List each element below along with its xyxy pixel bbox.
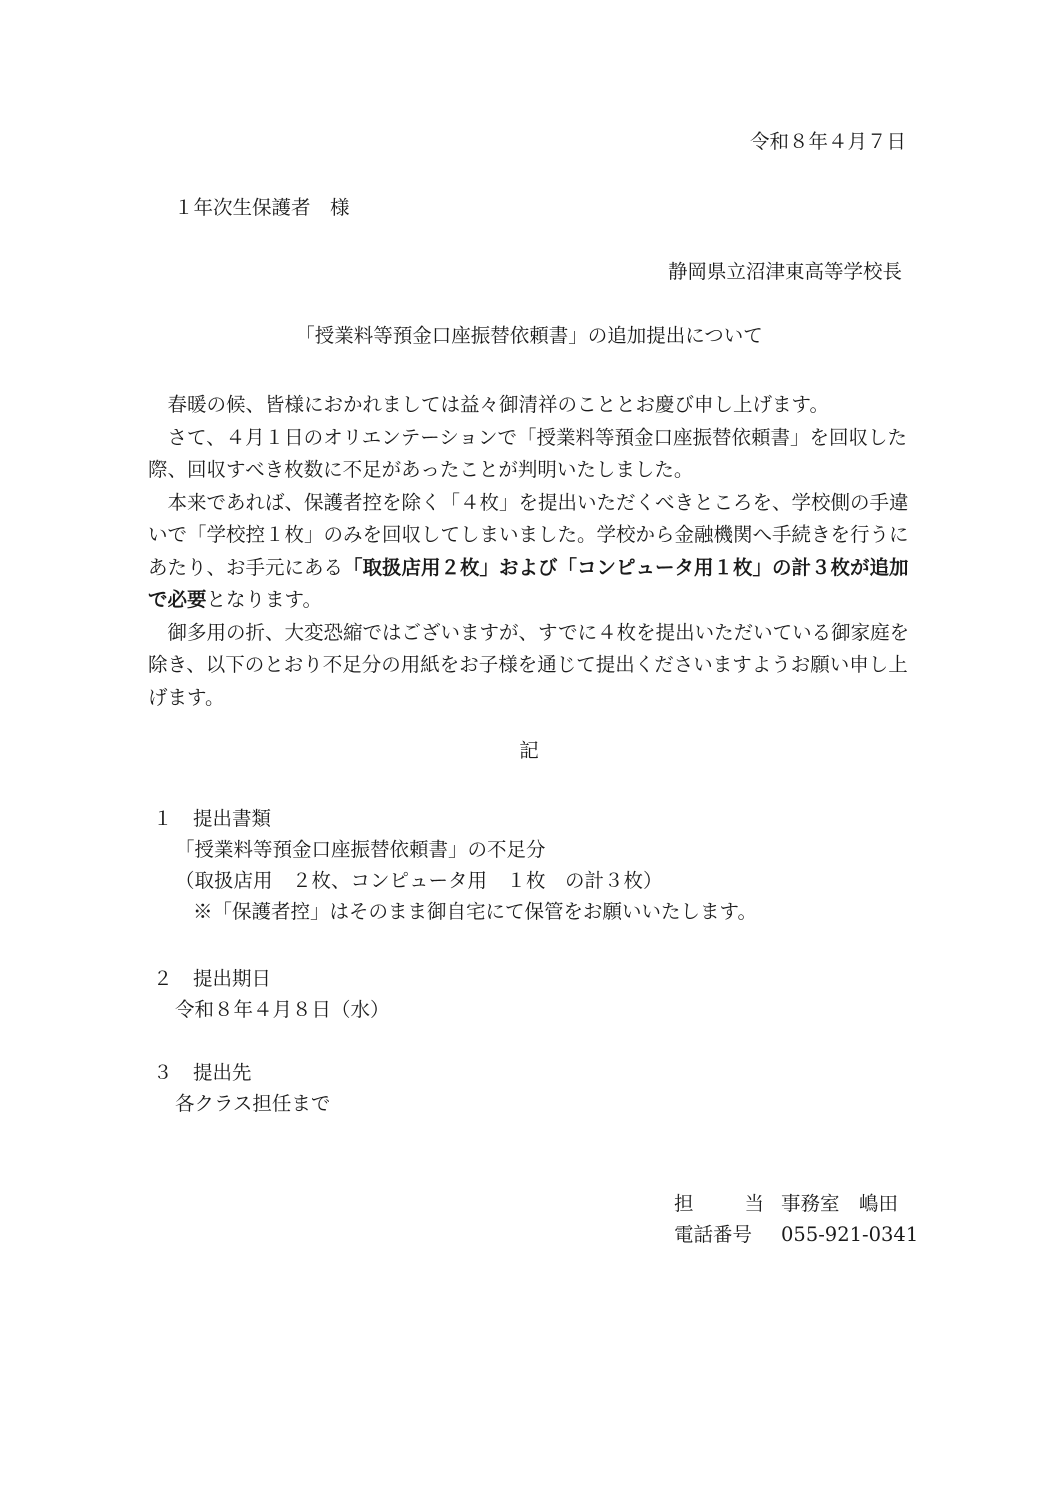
paragraph-details: 本来であれば、保護者控を除く「４枚」を提出いただくべきところを、学校側の手違いで… (148, 487, 910, 617)
ki-heading: 記 (0, 741, 1058, 761)
body-text: 春暖の候、皆様におかれましては益々御清祥のこととお慶び申し上げます。 さて、４月… (148, 389, 910, 714)
section-line: （取扱店用 ２枚、コンピュータ用 １枚 の計３枚） (153, 865, 757, 896)
phone-value: 055-921-0341 (781, 1219, 918, 1250)
section-line: 令和８年４月８日（水） (153, 994, 390, 1025)
section-line: 「授業料等預金口座振替依頼書」の不足分 (153, 834, 757, 865)
paragraph-request: 御多用の折、大変恐縮ではございますが、すでに４枚を提出いただいている御家庭を除き… (148, 617, 910, 715)
details-text-b: および (499, 556, 558, 579)
section-heading: 提出期日 (193, 963, 271, 994)
paragraph-issue: さて、４月１日のオリエンテーションで「授業料等預金口座振替依頼書」を回収した際、… (148, 422, 910, 487)
section-number: ３ (153, 1057, 193, 1088)
phone-label: 電話番号 (674, 1219, 764, 1250)
section-documents: １提出書類 「授業料等預金口座振替依頼書」の不足分 （取扱店用 ２枚、コンピュー… (153, 803, 757, 927)
contact-block: 担当 事務室 嶋田 電話番号 055-921-0341 (674, 1188, 918, 1250)
person-label-2: 当 (744, 1188, 764, 1219)
section-number: １ (153, 803, 193, 834)
addressee: １年次生保護者 様 (174, 198, 350, 218)
person-label: 担当 (674, 1188, 764, 1219)
sender: 静岡県立沼津東高等学校長 (668, 262, 902, 282)
details-bold-1: 「取扱店用２枚」 (343, 556, 499, 579)
person-value: 事務室 嶋田 (781, 1188, 898, 1219)
person-label-1: 担 (674, 1188, 694, 1219)
section-destination: ３提出先 各クラス担任まで (153, 1057, 330, 1119)
document-date: 令和８年４月７日 (750, 132, 906, 152)
section-deadline: ２提出期日 令和８年４月８日（水） (153, 963, 390, 1025)
section-note: ※「保護者控」はそのまま御自宅にて保管をお願いいたします。 (153, 896, 757, 927)
document-title: 「授業料等預金口座振替依頼書」の追加提出について (0, 326, 1058, 346)
section-number: ２ (153, 963, 193, 994)
section-line: 各クラス担任まで (153, 1088, 330, 1119)
section-heading: 提出書類 (193, 803, 271, 834)
paragraph-greeting: 春暖の候、皆様におかれましては益々御清祥のこととお慶び申し上げます。 (148, 389, 910, 422)
section-heading: 提出先 (193, 1057, 252, 1088)
details-text-c: となります。 (207, 588, 322, 611)
